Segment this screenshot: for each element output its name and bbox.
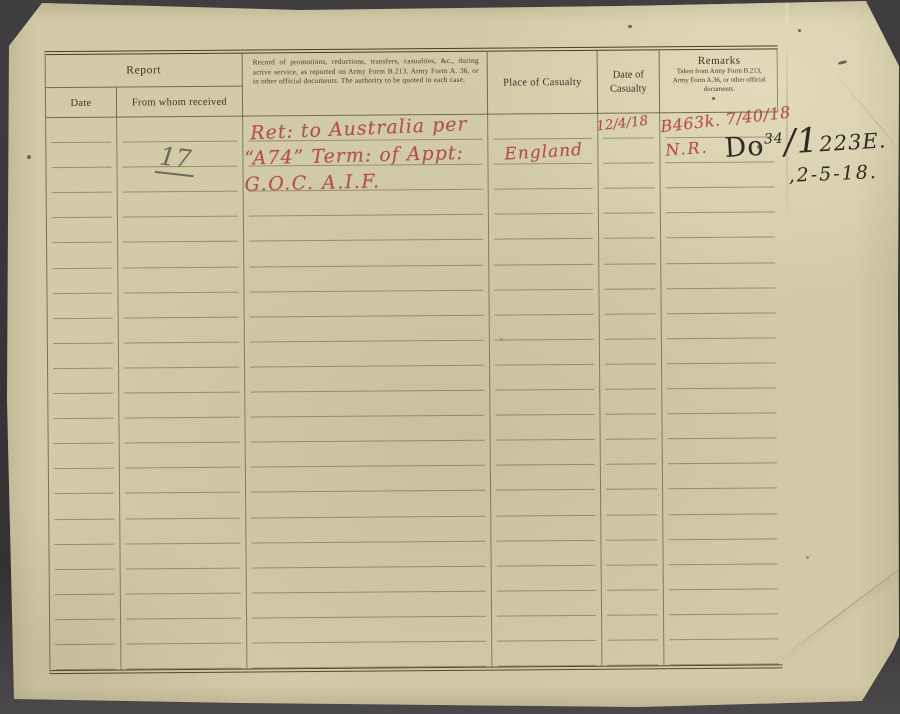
from-whom-received-column-header: From whom received <box>116 87 242 118</box>
remarks-column-header: Remarks Taken from Army Form B.213, Army… <box>659 49 779 113</box>
table-cell <box>490 465 600 491</box>
table-cell <box>661 363 781 389</box>
table-cell <box>49 519 119 545</box>
table-cell <box>49 444 119 470</box>
table-cell <box>488 189 598 215</box>
table-cell <box>597 138 659 164</box>
table-cell <box>119 493 245 519</box>
table-cell <box>246 591 491 618</box>
table-cell <box>245 466 490 493</box>
paper-speck <box>628 25 632 28</box>
table-header-row: Report Date From whom received Record of… <box>46 49 778 118</box>
table-cell <box>489 390 599 416</box>
table-cell <box>244 391 489 418</box>
table-cell <box>120 593 246 619</box>
table-cell <box>243 265 488 292</box>
table-cell <box>487 114 597 140</box>
table-cell <box>660 288 780 314</box>
date-column-header: Date <box>46 88 116 119</box>
table-cell <box>490 490 600 516</box>
table-cell <box>487 164 597 190</box>
table-cell <box>599 414 661 440</box>
table-cell <box>120 618 246 644</box>
paper-speck <box>27 155 31 159</box>
table-cell <box>488 289 598 315</box>
table-cell <box>597 164 659 190</box>
scan-background: Report Date From whom received Record of… <box>0 0 900 714</box>
report-header-group: Report Date From whom received <box>46 54 242 119</box>
table-cell <box>118 342 244 368</box>
table-cell <box>50 619 120 645</box>
table-cell <box>117 192 243 218</box>
table-cell <box>48 343 118 369</box>
record-column-header: Record of promotions, reductions, transf… <box>242 52 487 117</box>
table-cell <box>662 439 782 465</box>
table-cell <box>244 315 489 342</box>
table-cell <box>599 339 661 365</box>
table-cell <box>663 614 783 640</box>
report-header-label: Report <box>46 54 242 88</box>
entry-remarks-red-line2: N.R. <box>665 137 710 159</box>
table-cell <box>117 267 243 293</box>
table-cell <box>489 365 599 391</box>
table-cell <box>660 213 780 239</box>
table-cell <box>119 543 245 569</box>
table-cell <box>600 440 662 466</box>
table-body <box>46 112 782 670</box>
table-cell <box>661 414 781 440</box>
table-cell <box>118 368 244 394</box>
table-cell <box>599 364 661 390</box>
remarks-header-label: Remarks <box>660 54 779 67</box>
entry-record-line3: G.O.C. A.I.F. <box>244 170 381 195</box>
paper-speck <box>712 97 715 100</box>
ink-reference-number: /1223E. <box>783 116 887 162</box>
table-cell <box>47 293 117 319</box>
table-cell <box>601 640 663 666</box>
table-cell <box>47 193 117 219</box>
table-cell <box>662 539 782 565</box>
paper-sheet: Report Date From whom received Record of… <box>0 0 900 714</box>
table-cell <box>662 464 782 490</box>
table-cell <box>489 315 599 341</box>
table-cell <box>663 589 783 615</box>
table-cell <box>601 590 663 616</box>
date-of-casualty-column-header: Date of Casualty <box>597 50 659 113</box>
table-cell <box>120 568 246 594</box>
table-cell <box>246 642 491 669</box>
paper-speck <box>806 556 809 559</box>
table-cell <box>47 243 117 269</box>
table-cell <box>661 338 781 364</box>
table-cell <box>47 218 117 244</box>
table-cell <box>245 541 490 568</box>
table-cell <box>243 290 488 317</box>
table-cell <box>246 617 491 644</box>
remarks-header-note: Taken from Army Form B.213, Army Form A.… <box>660 66 779 94</box>
table-cell <box>598 214 660 240</box>
table-row <box>50 639 782 670</box>
paper-speck <box>798 29 801 32</box>
table-cell <box>660 188 780 214</box>
table-cell <box>244 416 489 443</box>
table-cell <box>600 465 662 491</box>
table-cell <box>598 264 660 290</box>
table-cell <box>660 263 780 289</box>
report-subheader-row: Date From whom received <box>46 86 242 119</box>
entry-remarks-ink-reference: Do34/1223E. <box>723 116 887 166</box>
table-cell <box>243 240 488 267</box>
table-cell <box>245 491 490 518</box>
table-cell <box>116 117 242 143</box>
table-cell <box>46 118 116 144</box>
table-cell <box>491 616 601 642</box>
table-cell <box>120 644 246 670</box>
table-cell <box>490 440 600 466</box>
table-cell <box>491 591 601 617</box>
table-cell <box>489 340 599 366</box>
table-cell <box>244 366 489 393</box>
table-cell <box>490 515 600 541</box>
table-cell <box>663 564 783 590</box>
table-cell <box>49 469 119 495</box>
table-cell <box>600 515 662 541</box>
table-cell <box>118 393 244 419</box>
table-cell <box>659 163 779 189</box>
table-cell <box>488 264 598 290</box>
table-cell <box>119 518 245 544</box>
table-cell <box>599 389 661 415</box>
table-cell <box>662 514 782 540</box>
table-cell <box>118 418 244 444</box>
table-cell <box>491 641 601 667</box>
table-cell <box>660 238 780 264</box>
entry-remarks-ink-date: ,2-5-18. <box>788 161 878 187</box>
table-cell <box>663 639 783 665</box>
table-cell <box>117 217 243 243</box>
table-cell <box>47 268 117 294</box>
table-cell <box>601 615 663 641</box>
table-cell <box>246 566 491 593</box>
table-cell <box>245 441 490 468</box>
table-cell <box>119 443 245 469</box>
table-cell <box>50 569 120 595</box>
table-cell <box>245 516 490 543</box>
table-cell <box>48 394 118 420</box>
table-cell <box>661 388 781 414</box>
table-cell <box>598 239 660 265</box>
table-cell <box>117 242 243 268</box>
table-cell <box>598 189 660 215</box>
table-cell <box>488 239 598 265</box>
table-cell <box>661 313 781 339</box>
table-cell <box>119 468 245 494</box>
entry-from-whom-received: 17 <box>155 141 197 177</box>
table-cell <box>48 369 118 395</box>
table-cell <box>50 594 120 620</box>
table-cell <box>117 292 243 318</box>
table-cell <box>46 143 116 169</box>
paper-speck <box>757 145 762 149</box>
table-cell <box>50 645 120 671</box>
paper-speck <box>500 338 503 340</box>
table-cell <box>49 494 119 520</box>
table-cell <box>600 490 662 516</box>
table-cell <box>48 419 118 445</box>
table-cell <box>489 415 599 441</box>
table-cell <box>47 168 117 194</box>
table-cell <box>49 544 119 570</box>
ink-reference-superscript: 34 <box>764 131 785 148</box>
table-cell <box>243 215 488 242</box>
table-cell <box>598 289 660 315</box>
table-cell <box>601 565 663 591</box>
table-cell <box>662 489 782 515</box>
table-cell <box>244 341 489 368</box>
table-cell <box>491 566 601 592</box>
table-cell <box>600 540 662 566</box>
place-of-casualty-column-header: Place of Casualty <box>487 51 597 115</box>
table-cell <box>488 214 598 240</box>
table-cell <box>48 318 118 344</box>
table-cell <box>599 314 661 340</box>
table-cell <box>118 317 244 343</box>
table-cell <box>490 540 600 566</box>
